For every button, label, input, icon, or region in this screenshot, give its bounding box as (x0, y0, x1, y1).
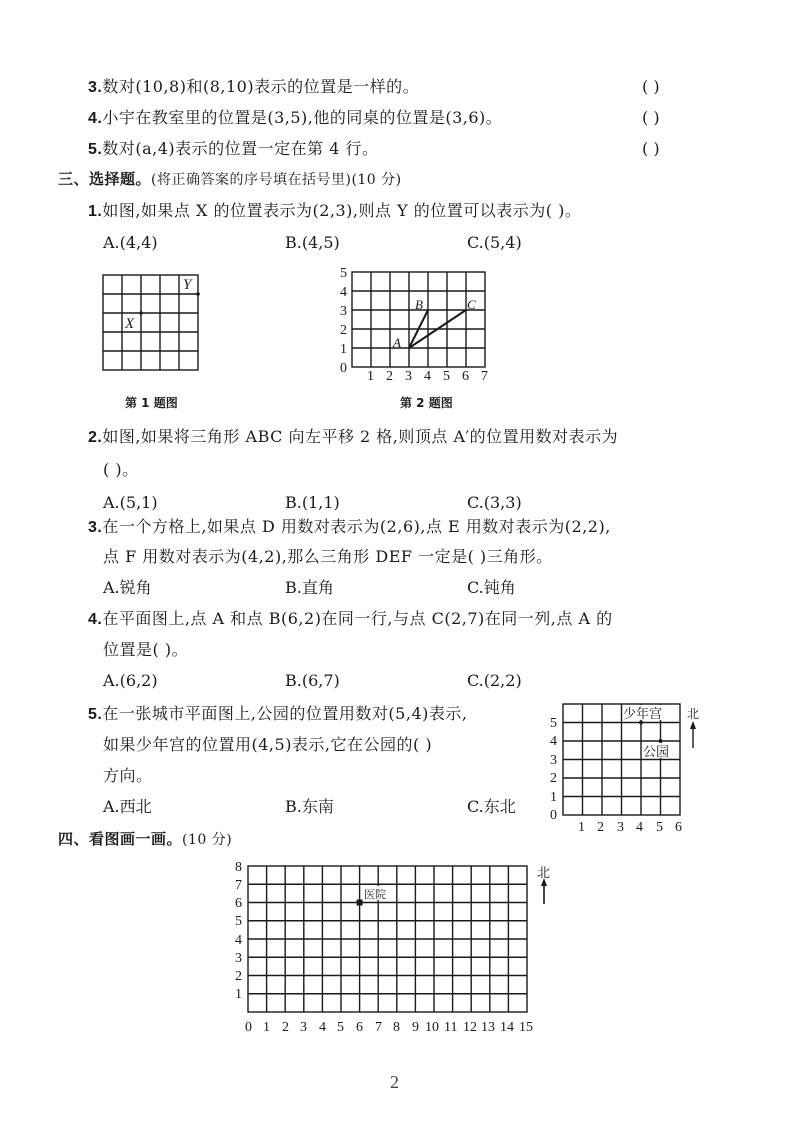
label-y: Y (183, 277, 193, 293)
drawing-grid[interactable]: 医院 87654321 0123456789101112131415 (248, 866, 558, 1036)
north-label: 北 (687, 707, 699, 721)
figure-2-grid: A B C 012345 1234567 (352, 272, 492, 382)
svg-text:6: 6 (675, 820, 682, 835)
section-subtitle: (将正确答案的序号填在括号里)(10 分) (151, 172, 402, 188)
option-c[interactable]: C.(2,2) (467, 670, 522, 692)
svg-text:2: 2 (597, 820, 604, 835)
section-4-heading: 四、看图画一画。(10 分) (58, 828, 232, 851)
svg-text:5: 5 (340, 266, 347, 281)
option-a[interactable]: A.锐角 (103, 577, 152, 599)
question-text-continued[interactable]: 点 F 用数对表示为(4,2),那么三角形 DEF 一定是( )三角形。 (103, 546, 553, 568)
question-text: 如图,如果点 X 的位置表示为(2,3),则点 Y 的位置可以表示为( )。 (102, 201, 581, 220)
svg-text:3: 3 (300, 1020, 307, 1035)
question-number: 1. (88, 203, 102, 220)
svg-text:4: 4 (424, 369, 431, 384)
figure-2-caption: 第 2 题图 (400, 394, 453, 411)
svg-text:6: 6 (462, 369, 469, 384)
option-c[interactable]: C.(3,3) (467, 492, 522, 514)
option-a[interactable]: A.(4,4) (103, 232, 158, 254)
question-number: 2. (88, 429, 102, 446)
item-number: 4. (88, 110, 102, 127)
question-1: 1.如图,如果点 X 的位置表示为(2,3),则点 Y 的位置可以表示为( )。 (88, 200, 581, 223)
hospital-point (357, 900, 363, 906)
svg-text:4: 4 (550, 734, 557, 749)
item-text: 数对(10,8)和(8,10)表示的位置是一样的。 (102, 77, 419, 96)
svg-text:5: 5 (443, 369, 450, 384)
point-x (139, 311, 143, 315)
svg-text:8: 8 (235, 860, 242, 875)
question-text-continued[interactable]: 如果少年宫的位置用(4,5)表示,它在公园的( ) (103, 734, 432, 756)
svg-text:9: 9 (412, 1020, 419, 1035)
svg-text:B: B (415, 297, 423, 312)
option-b[interactable]: B.(6,7) (285, 670, 340, 692)
option-a[interactable]: A.(6,2) (103, 670, 158, 692)
section-3-heading: 三、选择题。(将正确答案的序号填在括号里)(10 分) (58, 168, 402, 191)
svg-text:C: C (467, 297, 476, 312)
svg-text:7: 7 (375, 1020, 382, 1035)
svg-text:5: 5 (656, 820, 663, 835)
option-c[interactable]: C.东北 (467, 796, 516, 818)
question-text-continued: 方向。 (103, 765, 153, 787)
svg-text:1: 1 (550, 790, 557, 805)
judgment-item-3: 3.数对(10,8)和(8,10)表示的位置是一样的。 (88, 76, 419, 99)
question-number: 5. (88, 706, 102, 723)
svg-text:0: 0 (245, 1020, 252, 1035)
judgment-item-5: 5.数对(a,4)表示的位置一定在第 4 行。 (88, 138, 379, 161)
svg-text:2: 2 (340, 323, 347, 338)
question-text: 在平面图上,点 A 和点 B(6,2)在同一行,与点 C(2,7)在同一列,点 … (102, 609, 612, 628)
north-arrow-icon (690, 721, 696, 748)
item-number: 3. (88, 79, 102, 96)
option-b[interactable]: B.直角 (285, 577, 334, 599)
question-2: 2.如图,如果将三角形 ABC 向左平移 2 格,则顶点 A′的位置用数对表示为 (88, 426, 618, 449)
svg-text:1: 1 (263, 1020, 270, 1035)
svg-text:1: 1 (578, 820, 585, 835)
figure-5-grid: 少年宫 公园 北 012345 123456 (563, 704, 723, 834)
svg-text:4: 4 (319, 1020, 326, 1035)
question-number: 3. (88, 519, 102, 536)
item-text: 小宇在教室里的位置是(3,5),他的同桌的位置是(3,6)。 (102, 108, 502, 127)
svg-text:3: 3 (617, 820, 624, 835)
svg-text:4: 4 (636, 820, 643, 835)
svg-text:14: 14 (500, 1020, 514, 1035)
svg-text:0: 0 (550, 808, 557, 823)
svg-text:11: 11 (444, 1020, 457, 1035)
svg-text:0: 0 (340, 361, 347, 376)
svg-text:2: 2 (235, 969, 242, 984)
question-text-continued[interactable]: ( )。 (103, 459, 139, 481)
point-y (196, 292, 200, 296)
section-title: 三、选择题。 (58, 170, 151, 188)
svg-text:8: 8 (393, 1020, 400, 1035)
svg-text:2: 2 (386, 369, 393, 384)
question-text: 在一个方格上,如果点 D 用数对表示为(2,6),点 E 用数对表示为(2,2)… (102, 517, 610, 536)
svg-text:15: 15 (519, 1020, 533, 1035)
question-4: 4.在平面图上,点 A 和点 B(6,2)在同一行,与点 C(2,7)在同一列,… (88, 608, 613, 631)
question-text: 在一张城市平面图上,公园的位置用数对(5,4)表示, (102, 704, 467, 723)
option-c[interactable]: C.(5,4) (467, 232, 522, 254)
svg-text:4: 4 (340, 285, 347, 300)
label-x: X (124, 316, 135, 332)
label-youth-palace: 少年宫 (623, 706, 662, 721)
svg-text:12: 12 (463, 1020, 477, 1035)
svg-text:7: 7 (481, 369, 488, 384)
question-text: 如图,如果将三角形 ABC 向左平移 2 格,则顶点 A′的位置用数对表示为 (102, 427, 618, 446)
question-text-continued[interactable]: 位置是( )。 (103, 639, 188, 661)
option-c[interactable]: C.钝角 (467, 577, 516, 599)
svg-text:7: 7 (235, 878, 242, 893)
svg-text:3: 3 (235, 951, 242, 966)
question-5: 5.在一张城市平面图上,公园的位置用数对(5,4)表示, (88, 703, 467, 726)
svg-text:5: 5 (235, 914, 242, 929)
svg-text:3: 3 (340, 304, 347, 319)
svg-text:2: 2 (282, 1020, 289, 1035)
svg-text:6: 6 (235, 896, 242, 911)
option-a[interactable]: A.(5,1) (103, 492, 158, 514)
svg-text:5: 5 (337, 1020, 344, 1035)
svg-text:13: 13 (481, 1020, 495, 1035)
question-3: 3.在一个方格上,如果点 D 用数对表示为(2,6),点 E 用数对表示为(2,… (88, 516, 611, 539)
hospital-label: 医院 (364, 887, 386, 901)
svg-text:4: 4 (235, 933, 242, 948)
svg-text:1: 1 (340, 342, 347, 357)
section-title: 四、看图画一画。 (58, 830, 182, 848)
figure-1-grid: X Y (103, 275, 203, 375)
figure-1-caption: 第 1 题图 (125, 394, 178, 411)
option-b[interactable]: B.(1,1) (285, 492, 340, 514)
label-park: 公园 (643, 744, 669, 759)
question-number: 4. (88, 611, 102, 628)
north-arrow-icon (539, 878, 549, 904)
option-a[interactable]: A.西北 (103, 796, 152, 818)
svg-text:A: A (392, 335, 401, 350)
point-youth-palace (639, 721, 643, 725)
answer-blank[interactable]: ( ) (642, 76, 660, 98)
page-number: 2 (390, 1072, 399, 1093)
svg-text:3: 3 (405, 369, 412, 384)
point-park (659, 739, 663, 743)
svg-text:1: 1 (367, 369, 374, 384)
svg-text:10: 10 (425, 1020, 439, 1035)
answer-blank[interactable]: ( ) (642, 107, 660, 129)
item-text: 数对(a,4)表示的位置一定在第 4 行。 (102, 139, 378, 158)
svg-text:6: 6 (356, 1020, 363, 1035)
answer-blank[interactable]: ( ) (642, 138, 660, 160)
section-subtitle: (10 分) (182, 832, 232, 848)
svg-text:5: 5 (550, 716, 557, 731)
judgment-item-4: 4.小宇在教室里的位置是(3,5),他的同桌的位置是(3,6)。 (88, 107, 502, 130)
option-b[interactable]: B.(4,5) (285, 232, 340, 254)
option-b[interactable]: B.东南 (285, 796, 334, 818)
svg-text:2: 2 (550, 771, 557, 786)
svg-text:3: 3 (550, 753, 557, 768)
svg-text:1: 1 (235, 987, 242, 1002)
item-number: 5. (88, 141, 102, 158)
